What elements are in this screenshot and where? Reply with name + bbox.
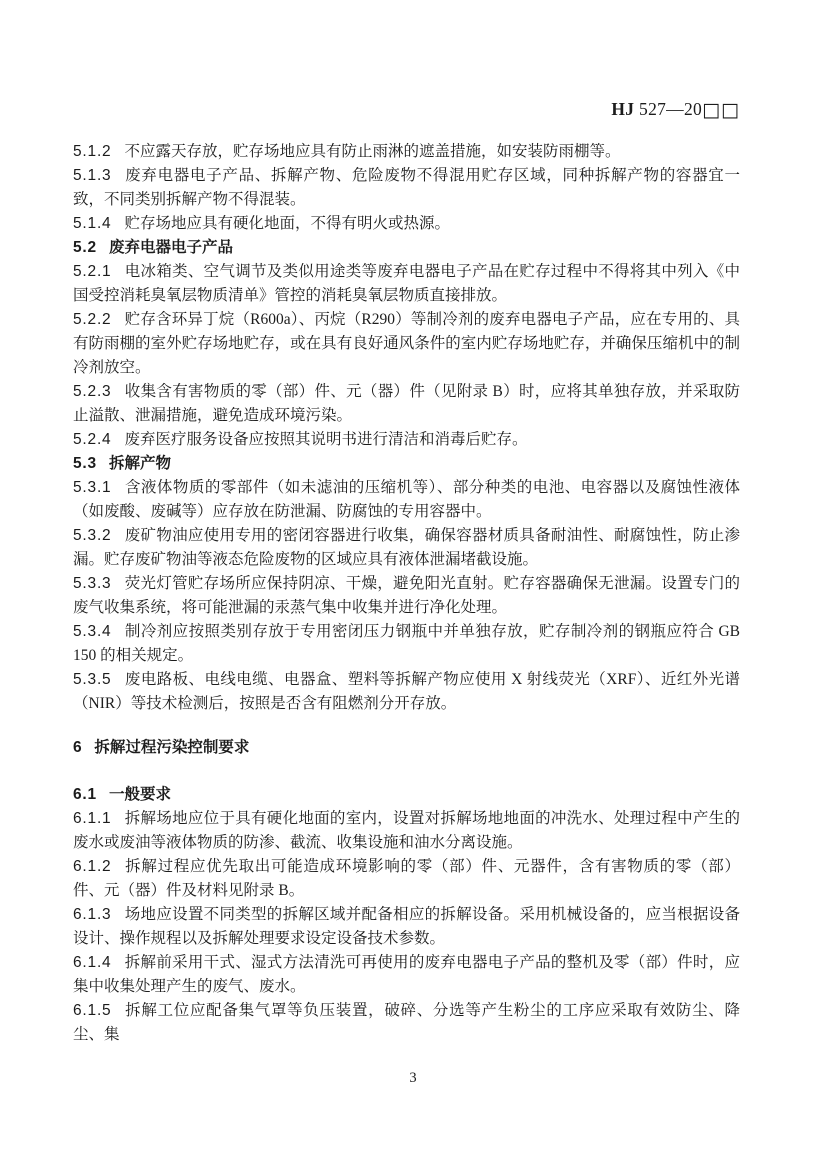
clause-number: 5.3: [73, 455, 97, 472]
clause-text: 拆解产物: [109, 455, 171, 472]
clause-text: 收集含有害物质的零（部）件、元（器）件（见附录 B）时，应将其单独存放，并采取防…: [73, 383, 740, 424]
clause-text: 废弃电器电子产品、拆解产物、危险废物不得混用贮存区域，同种拆解产物的容器宜一致，…: [73, 167, 740, 208]
clause-paragraph: 5.2.1电冰箱类、空气调节及类似用途类等废弃电器电子产品在贮存过程中不得将其中…: [73, 260, 740, 308]
clause-text: 拆解过程污染控制要求: [94, 739, 249, 756]
clause-text: 不应露天存放，贮存场地应具有防止雨淋的遮盖措施，如安装防雨棚等。: [124, 143, 620, 160]
clause-text: 废弃医疗服务设备应按照其说明书进行清洁和消毒后贮存。: [124, 431, 527, 448]
standard-code-number: 527—20: [634, 99, 702, 119]
clause-paragraph: 5.1.4贮存场地应具有硬化地面，不得有明火或热源。: [73, 212, 740, 236]
clause-text: 拆解过程应优先取出可能造成环境影响的零（部）件、元器件，含有害物质的零（部）件、…: [73, 858, 740, 899]
clause-paragraph: 6.1.3场地应设置不同类型的拆解区域并配备相应的拆解设备。采用机械设备的，应当…: [73, 903, 740, 951]
clause-number: 5.3.5: [73, 671, 111, 688]
clause-number: 5.2: [73, 239, 97, 256]
clause-number: 6.1.4: [73, 954, 111, 971]
clause-paragraph: 5.2.2贮存含环异丁烷（R600a）、丙烷（R290）等制冷剂的废弃电器电子产…: [73, 308, 740, 380]
document-page: HJ 527—20□□ 5.1.2不应露天存放，贮存场地应具有防止雨淋的遮盖措施…: [0, 0, 826, 1169]
clause-number: 6.1.3: [73, 906, 111, 923]
clause-number: 5.2.2: [73, 311, 111, 328]
clause-text: 电冰箱类、空气调节及类似用途类等废弃电器电子产品在贮存过程中不得将其中列入《中国…: [73, 263, 740, 304]
clause-paragraph: 5.1.3废弃电器电子产品、拆解产物、危险废物不得混用贮存区域，同种拆解产物的容…: [73, 164, 740, 212]
clause-number: 5.3.2: [73, 527, 111, 544]
clause-text: 制冷剂应按照类别存放于专用密闭压力钢瓶中并单独存放，贮存制冷剂的钢瓶应符合 GB…: [73, 623, 740, 664]
clause-number: 6.1.5: [73, 1002, 111, 1019]
clause-number: 6.1: [73, 786, 97, 803]
clause-paragraph: 5.2.4废弃医疗服务设备应按照其说明书进行清洁和消毒后贮存。: [73, 428, 740, 452]
clause-number: 5.1.4: [73, 215, 111, 232]
clause-number: 6.1.1: [73, 810, 111, 827]
clause-paragraph: 5.3.3荧光灯管贮存场所应保持阴凉、干燥，避免阳光直射。贮存容器确保无泄漏。设…: [73, 572, 740, 620]
page-number: 3: [409, 1070, 416, 1086]
clause-paragraph: 5.2.3收集含有害物质的零（部）件、元（器）件（见附录 B）时，应将其单独存放…: [73, 380, 740, 428]
clause-paragraph: 6.1.2拆解过程应优先取出可能造成环境影响的零（部）件、元器件，含有害物质的零…: [73, 855, 740, 903]
clause-text: 拆解工位应配备集气罩等负压装置，破碎、分选等产生粉尘的工序应采取有效防尘、降尘、…: [73, 1002, 740, 1043]
clause-text: 废矿物油应使用专用的密闭容器进行收集，确保容器材质具备耐油性、耐腐蚀性，防止渗漏…: [73, 527, 740, 568]
clause-paragraph: 5.3.1含液体物质的零部件（如未滤油的压缩机等）、部分种类的电池、电容器以及腐…: [73, 476, 740, 524]
clause-paragraph: 5.3.4制冷剂应按照类别存放于专用密闭压力钢瓶中并单独存放，贮存制冷剂的钢瓶应…: [73, 620, 740, 668]
clause-paragraph: 5.1.2不应露天存放，贮存场地应具有防止雨淋的遮盖措施，如安装防雨棚等。: [73, 140, 740, 164]
page-footer: 3: [0, 1070, 826, 1087]
clause-paragraph: 6.1.5拆解工位应配备集气罩等负压装置，破碎、分选等产生粉尘的工序应采取有效防…: [73, 999, 740, 1047]
clause-number: 5.3.3: [73, 575, 111, 592]
clause-text: 场地应设置不同类型的拆解区域并配备相应的拆解设备。采用机械设备的，应当根据设备设…: [73, 906, 740, 947]
year-placeholder-squares: □□: [702, 99, 740, 121]
section-heading: 6.1一般要求: [73, 783, 740, 807]
clause-text: 荧光灯管贮存场所应保持阴凉、干燥，避免阳光直射。贮存容器确保无泄漏。设置专门的废…: [73, 575, 740, 616]
clause-paragraph: 5.3.5废电路板、电线电缆、电器盒、塑料等拆解产物应使用 X 射线荧光（XRF…: [73, 668, 740, 716]
clause-text: 一般要求: [109, 786, 171, 803]
chapter-heading: 6拆解过程污染控制要求: [73, 736, 740, 760]
clause-text: 废弃电器电子产品: [109, 239, 233, 256]
clause-text: 含液体物质的零部件（如未滤油的压缩机等）、部分种类的电池、电容器以及腐蚀性液体（…: [73, 479, 740, 520]
clause-number: 6: [73, 739, 82, 756]
clause-text: 拆解前采用干式、湿式方法清洗可再使用的废弃电器电子产品的整机及零（部）件时，应集…: [73, 954, 740, 995]
page-header: HJ 527—20□□: [611, 99, 740, 121]
clause-text: 废电路板、电线电缆、电器盒、塑料等拆解产物应使用 X 射线荧光（XRF）、近红外…: [73, 671, 740, 712]
standard-code-prefix: HJ: [611, 99, 634, 119]
clause-number: 5.2.1: [73, 263, 111, 280]
clause-number: 5.1.3: [73, 167, 111, 184]
clause-paragraph: 6.1.1拆解场地应位于具有硬化地面的室内，设置对拆解场地地面的冲洗水、处理过程…: [73, 807, 740, 855]
clause-paragraph: 5.3.2废矿物油应使用专用的密闭容器进行收集，确保容器材质具备耐油性、耐腐蚀性…: [73, 524, 740, 572]
clause-text: 贮存场地应具有硬化地面，不得有明火或热源。: [124, 215, 450, 232]
clause-text: 拆解场地应位于具有硬化地面的室内，设置对拆解场地地面的冲洗水、处理过程中产生的废…: [73, 810, 740, 851]
clause-text: 贮存含环异丁烷（R600a）、丙烷（R290）等制冷剂的废弃电器电子产品，应在专…: [73, 311, 740, 376]
clause-number: 5.3.1: [73, 479, 111, 496]
document-body: 5.1.2不应露天存放，贮存场地应具有防止雨淋的遮盖措施，如安装防雨棚等。 5.…: [73, 140, 740, 1047]
clause-number: 5.3.4: [73, 623, 111, 640]
section-heading: 5.3拆解产物: [73, 452, 740, 476]
clause-number: 5.2.3: [73, 383, 111, 400]
clause-number: 5.1.2: [73, 143, 111, 160]
clause-number: 5.2.4: [73, 431, 111, 448]
clause-number: 6.1.2: [73, 858, 111, 875]
section-heading: 5.2废弃电器电子产品: [73, 236, 740, 260]
clause-paragraph: 6.1.4拆解前采用干式、湿式方法清洗可再使用的废弃电器电子产品的整机及零（部）…: [73, 951, 740, 999]
